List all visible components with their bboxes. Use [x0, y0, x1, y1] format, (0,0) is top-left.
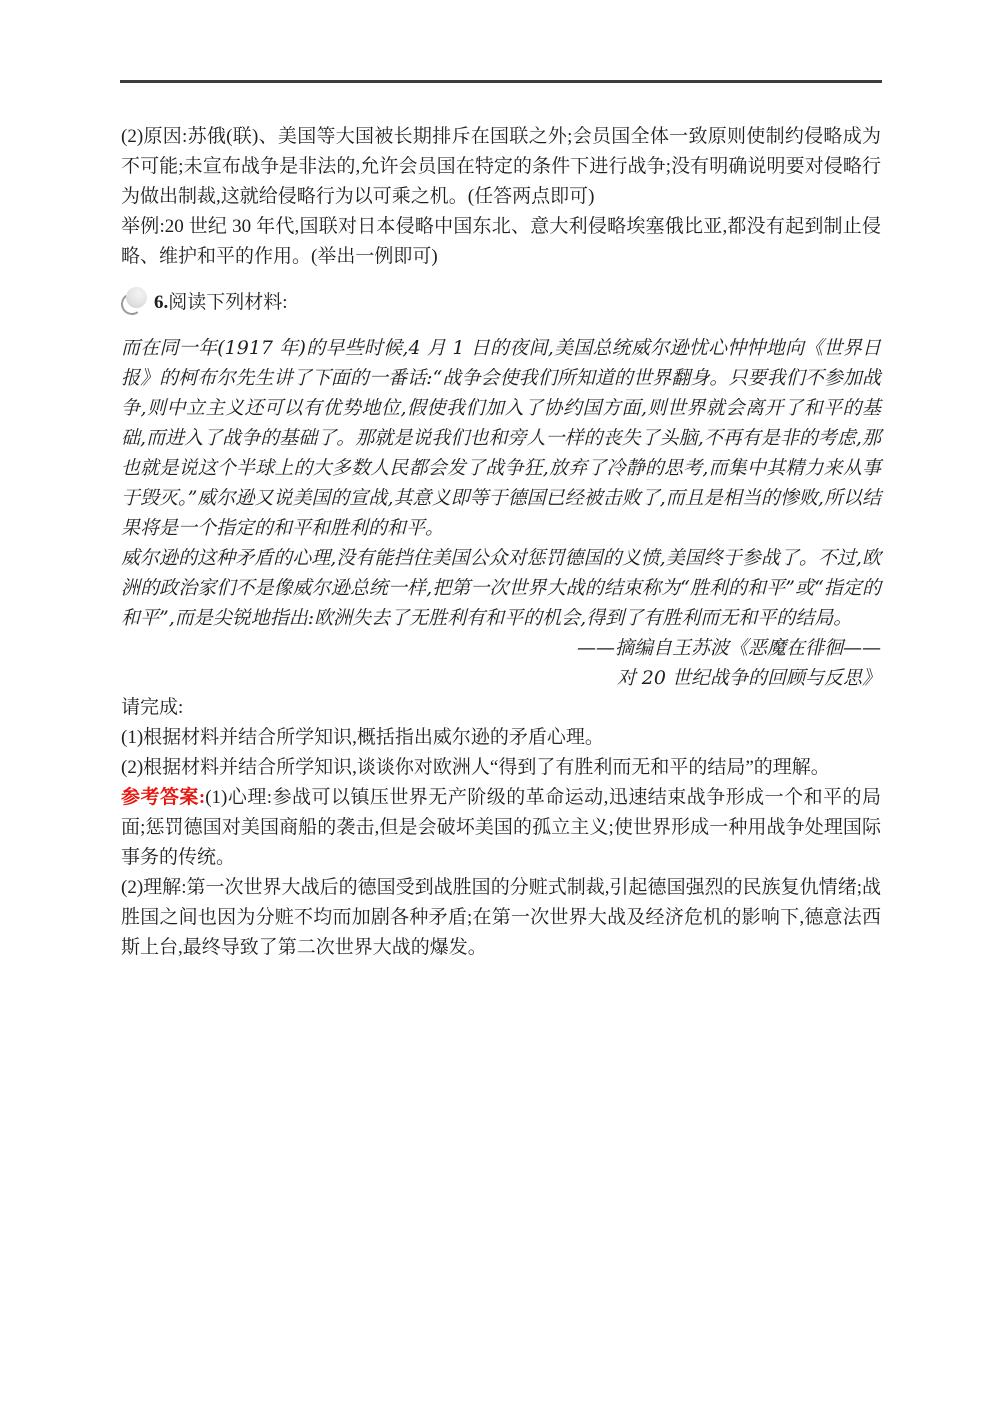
- answer-part-2-text: (2)理解:第一次世界大战后的德国受到战胜国的分赃式制裁,引起德国强烈的民族复仇…: [121, 873, 881, 963]
- previous-answer-example: 举例:20 世纪 30 年代,国联对日本侵略中国东北、意大利侵略埃塞俄比亚,都没…: [121, 212, 881, 272]
- workbook-page: (2)原因:苏俄(联)、美国等大国被长期排斥在国联之外;会员国全体一致原则使制约…: [0, 0, 1000, 1414]
- ball-shape: [126, 287, 147, 308]
- question-material: 而在同一年(1917 年)的早些时候,4 月 1 日的夜间,美国总统威尔逊忧心忡…: [121, 333, 881, 693]
- material-paragraph-2: 威尔逊的这种矛盾的心理,没有能挡住美国公众对惩罚德国的义愤,美国终于参战了。不过…: [121, 543, 881, 633]
- material-source-line-1: ——摘编自王苏波《恶魔在徘徊——: [121, 633, 881, 663]
- question-prompt: 阅读下列材料:: [168, 292, 287, 313]
- task-item-1: (1)根据材料并结合所学知识,概括指出威尔逊的矛盾心理。: [121, 723, 881, 753]
- page-content: (2)原因:苏俄(联)、美国等大国被长期排斥在国联之外;会员国全体一致原则使制约…: [121, 122, 881, 963]
- tasks-intro: 请完成:: [121, 693, 881, 723]
- answer-part-1-line: 参考答案:(1)心理:参战可以镇压世界无产阶级的革命运动,迅速结束战争形成一个和…: [121, 783, 881, 873]
- reference-answer: 参考答案:(1)心理:参战可以镇压世界无产阶级的革命运动,迅速结束战争形成一个和…: [121, 783, 881, 963]
- answer-part-1-text: (1)心理:参战可以镇压世界无产阶级的革命运动,迅速结束战争形成一个和平的局面;…: [121, 787, 881, 868]
- previous-answer-reason: (2)原因:苏俄(联)、美国等大国被长期排斥在国联之外;会员国全体一致原则使制约…: [121, 122, 881, 212]
- material-source-line-2: 对 20 世纪战争的回顾与反思》: [121, 663, 881, 693]
- material-paragraph-1: 而在同一年(1917 年)的早些时候,4 月 1 日的夜间,美国总统威尔逊忧心忡…: [121, 333, 881, 543]
- question-number: 6.: [154, 292, 168, 313]
- question-tasks: 请完成: (1)根据材料并结合所学知识,概括指出威尔逊的矛盾心理。 (2)根据材…: [121, 693, 881, 783]
- task-item-2: (2)根据材料并结合所学知识,谈谈你对欧洲人“得到了有胜利而无和平的结局”的理解…: [121, 753, 881, 783]
- page-top-rule: [120, 80, 882, 83]
- question-6-header: 6.阅读下列材料:: [121, 287, 881, 318]
- answer-label: 参考答案:: [121, 787, 205, 808]
- sphere-bullet-icon: [121, 287, 153, 313]
